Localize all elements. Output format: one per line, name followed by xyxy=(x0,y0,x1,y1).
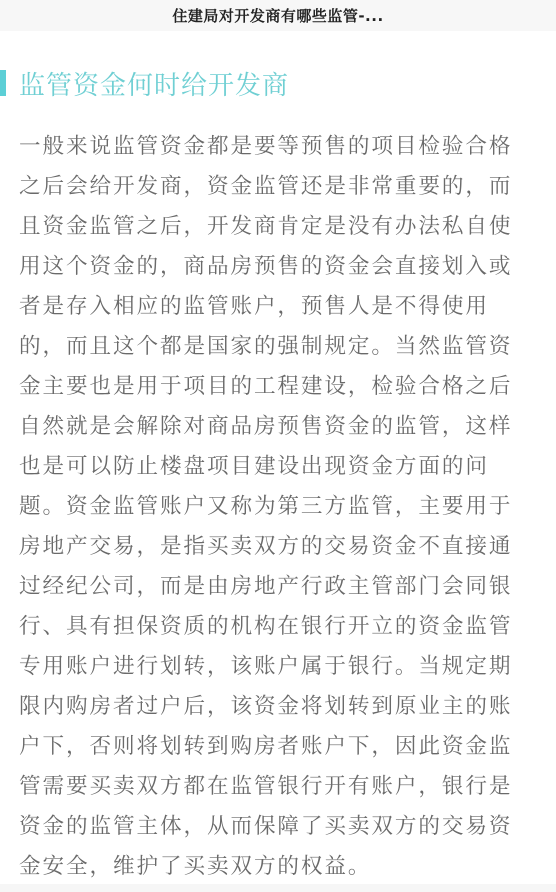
article-line: 管需要买卖双方都在监管银行开有账户，银行是 xyxy=(19,767,495,807)
article-line: 题。资金监管账户又称为第三方监管，主要用于 xyxy=(19,487,495,527)
section-heading-text: 监管资金何时给开发商 xyxy=(19,65,289,102)
article-line: 用这个资金的，商品房预售的资金会直接划入或 xyxy=(19,247,495,287)
article-line: 户下，否则将划转到购房者账户下，因此资金监 xyxy=(19,727,495,767)
article-line: 金安全，维护了买卖双方的权益。 xyxy=(19,847,495,887)
section-heading: 监管资金何时给开发商 xyxy=(0,66,289,100)
article-line: 限内购房者过户后，该资金将划转到原业主的账 xyxy=(19,687,495,727)
article-body: 一般来说监管资金都是要等预售的项目检验合格 之后会给开发商，资金监管还是非常重要… xyxy=(19,127,495,887)
article-line: 也是可以防止楼盘项目建设出现资金方面的问 xyxy=(19,447,495,487)
article-line: 专用账户进行划转，该账户属于银行。当规定期 xyxy=(19,647,495,687)
article-line: 者是存入相应的监管账户，预售人是不得使用 xyxy=(19,287,495,327)
article-line: 自然就是会解除对商品房预售资金的监管，这样 xyxy=(19,407,495,447)
article-line: 房地产交易，是指买卖双方的交易资金不直接通 xyxy=(19,527,495,567)
article-line: 的，而且这个都是国家的强制规定。当然监管资 xyxy=(19,327,495,367)
page-title: 住建局对开发商有哪些监管-... xyxy=(172,5,383,26)
article-line: 过经纪公司，而是由房地产行政主管部门会同银 xyxy=(19,567,495,607)
article-page: 住建局对开发商有哪些监管-... 监管资金何时给开发商 一般来说监管资金都是要等… xyxy=(0,0,556,892)
article-line: 金主要也是用于项目的工程建设，检验合格之后 xyxy=(19,367,495,407)
title-bar: 住建局对开发商有哪些监管-... xyxy=(0,0,556,31)
heading-accent-bar xyxy=(0,70,6,96)
article-line: 资金的监管主体，从而保障了买卖双方的交易资 xyxy=(19,807,495,847)
article-line: 之后会给开发商，资金监管还是非常重要的，而 xyxy=(19,167,495,207)
article-line: 且资金监管之后，开发商肯定是没有办法私自使 xyxy=(19,207,495,247)
article-line: 行、具有担保资质的机构在银行开立的资金监管 xyxy=(19,607,495,647)
bottom-divider xyxy=(0,884,556,892)
article-line: 一般来说监管资金都是要等预售的项目检验合格 xyxy=(19,127,495,167)
